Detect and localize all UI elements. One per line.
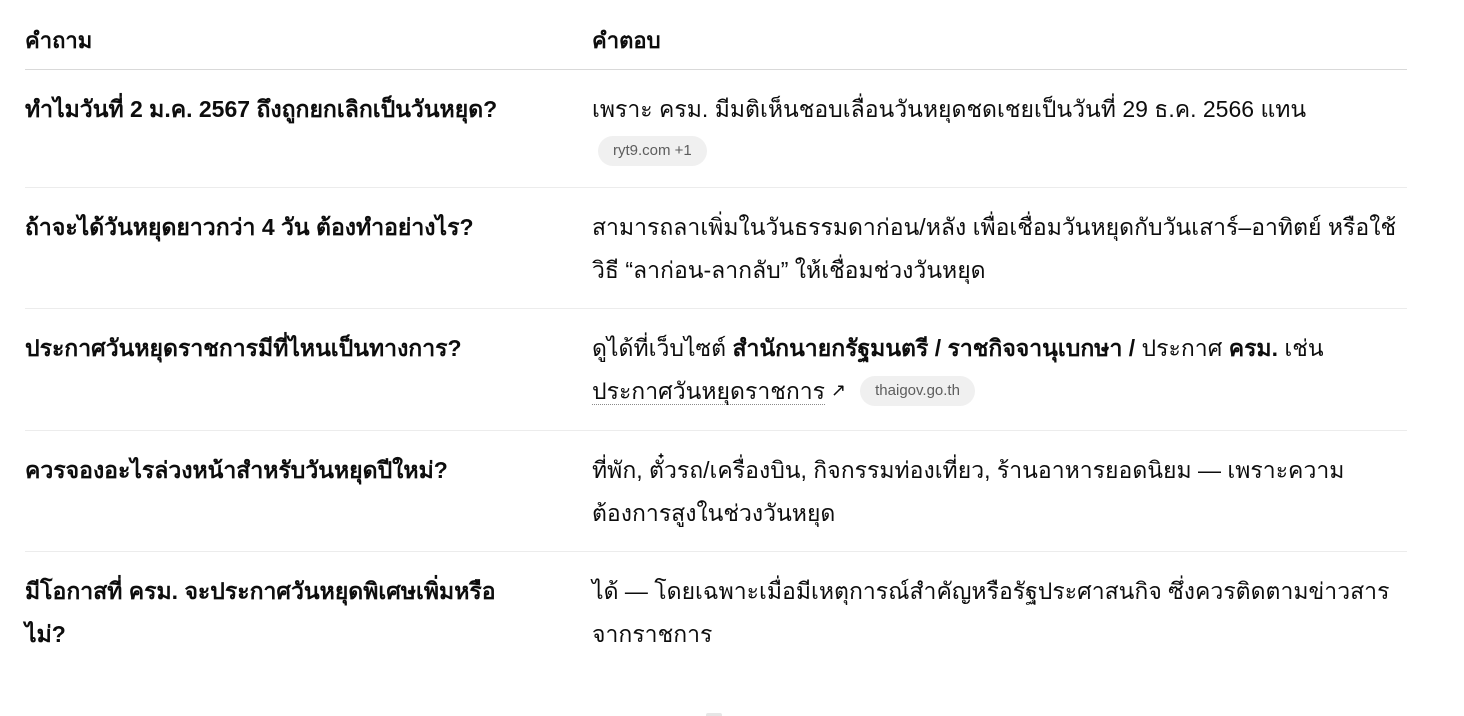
column-header-answer: คำตอบ [592, 14, 1407, 70]
source-chip[interactable]: ryt9.com +1 [598, 136, 707, 166]
question-text: มีโอกาสที่ ครม. จะประกาศวันหยุดพิเศษเพิ่… [25, 570, 525, 656]
answer-cell: ได้ — โดยเฉพาะเมื่อมีเหตุการณ์สำคัญหรือร… [592, 552, 1407, 673]
answer-text-part: ประกาศ [1135, 335, 1229, 361]
table-row: ควรจองอะไรล่วงหน้าสำหรับวันหยุดปีใหม่? ท… [25, 431, 1407, 552]
table-row: ถ้าจะได้วันหยุดยาวกว่า 4 วัน ต้องทำอย่าง… [25, 188, 1407, 309]
question-text: ควรจองอะไรล่วงหน้าสำหรับวันหยุดปีใหม่? [25, 449, 525, 492]
answer-cell: สามารถลาเพิ่มในวันธรรมดาก่อน/หลัง เพื่อเ… [592, 188, 1407, 309]
answer-text-part: ดูได้ที่เว็บไซต์ [592, 335, 732, 361]
question-cell: ทำไมวันที่ 2 ม.ค. 2567 ถึงถูกยกเลิกเป็นว… [25, 70, 592, 188]
question-text: ทำไมวันที่ 2 ม.ค. 2567 ถึงถูกยกเลิกเป็นว… [25, 88, 525, 131]
table-row: ทำไมวันที่ 2 ม.ค. 2567 ถึงถูกยกเลิกเป็นว… [25, 70, 1407, 188]
table-row: มีโอกาสที่ ครม. จะประกาศวันหยุดพิเศษเพิ่… [25, 552, 1407, 673]
question-text: ประกาศวันหยุดราชการมีที่ไหนเป็นทางการ? [25, 327, 525, 370]
answer-cell: เพราะ ครม. มีมติเห็นชอบเลื่อนวันหยุดชดเช… [592, 70, 1407, 188]
answer-text-bold: ครม. [1229, 335, 1278, 361]
table-row: ประกาศวันหยุดราชการมีที่ไหนเป็นทางการ? ด… [25, 309, 1407, 431]
column-header-question: คำถาม [25, 14, 592, 70]
question-text: ถ้าจะได้วันหยุดยาวกว่า 4 วัน ต้องทำอย่าง… [25, 206, 525, 249]
question-cell: ถ้าจะได้วันหยุดยาวกว่า 4 วัน ต้องทำอย่าง… [25, 188, 592, 309]
question-cell: มีโอกาสที่ ครม. จะประกาศวันหยุดพิเศษเพิ่… [25, 552, 592, 673]
answer-cell: ดูได้ที่เว็บไซต์ สำนักนายกรัฐมนตรี / ราช… [592, 309, 1407, 431]
answer-text: สามารถลาเพิ่มในวันธรรมดาก่อน/หลัง เพื่อเ… [592, 214, 1396, 283]
announcement-link[interactable]: ประกาศวันหยุดราชการ [592, 378, 825, 405]
answer-text-part: เช่น [1278, 335, 1324, 361]
external-link-arrow-icon[interactable]: ↗ [831, 369, 846, 412]
answer-text: ได้ — โดยเฉพาะเมื่อมีเหตุการณ์สำคัญหรือร… [592, 578, 1389, 647]
answer-text: เพราะ ครม. มีมติเห็นชอบเลื่อนวันหยุดชดเช… [592, 96, 1306, 122]
answer-cell: ที่พัก, ตั๋วรถ/เครื่องบิน, กิจกรรมท่องเท… [592, 431, 1407, 552]
table-header-row: คำถาม คำตอบ [25, 14, 1407, 70]
answer-text-bold: สำนักนายกรัฐมนตรี / ราชกิจจานุเบกษา / [732, 335, 1135, 361]
question-cell: ควรจองอะไรล่วงหน้าสำหรับวันหยุดปีใหม่? [25, 431, 592, 552]
faq-table: คำถาม คำตอบ ทำไมวันที่ 2 ม.ค. 2567 ถึงถู… [25, 14, 1407, 672]
source-chip[interactable]: thaigov.go.th [860, 376, 975, 406]
answer-text: ที่พัก, ตั๋วรถ/เครื่องบิน, กิจกรรมท่องเท… [592, 457, 1344, 526]
question-cell: ประกาศวันหยุดราชการมีที่ไหนเป็นทางการ? [25, 309, 592, 431]
